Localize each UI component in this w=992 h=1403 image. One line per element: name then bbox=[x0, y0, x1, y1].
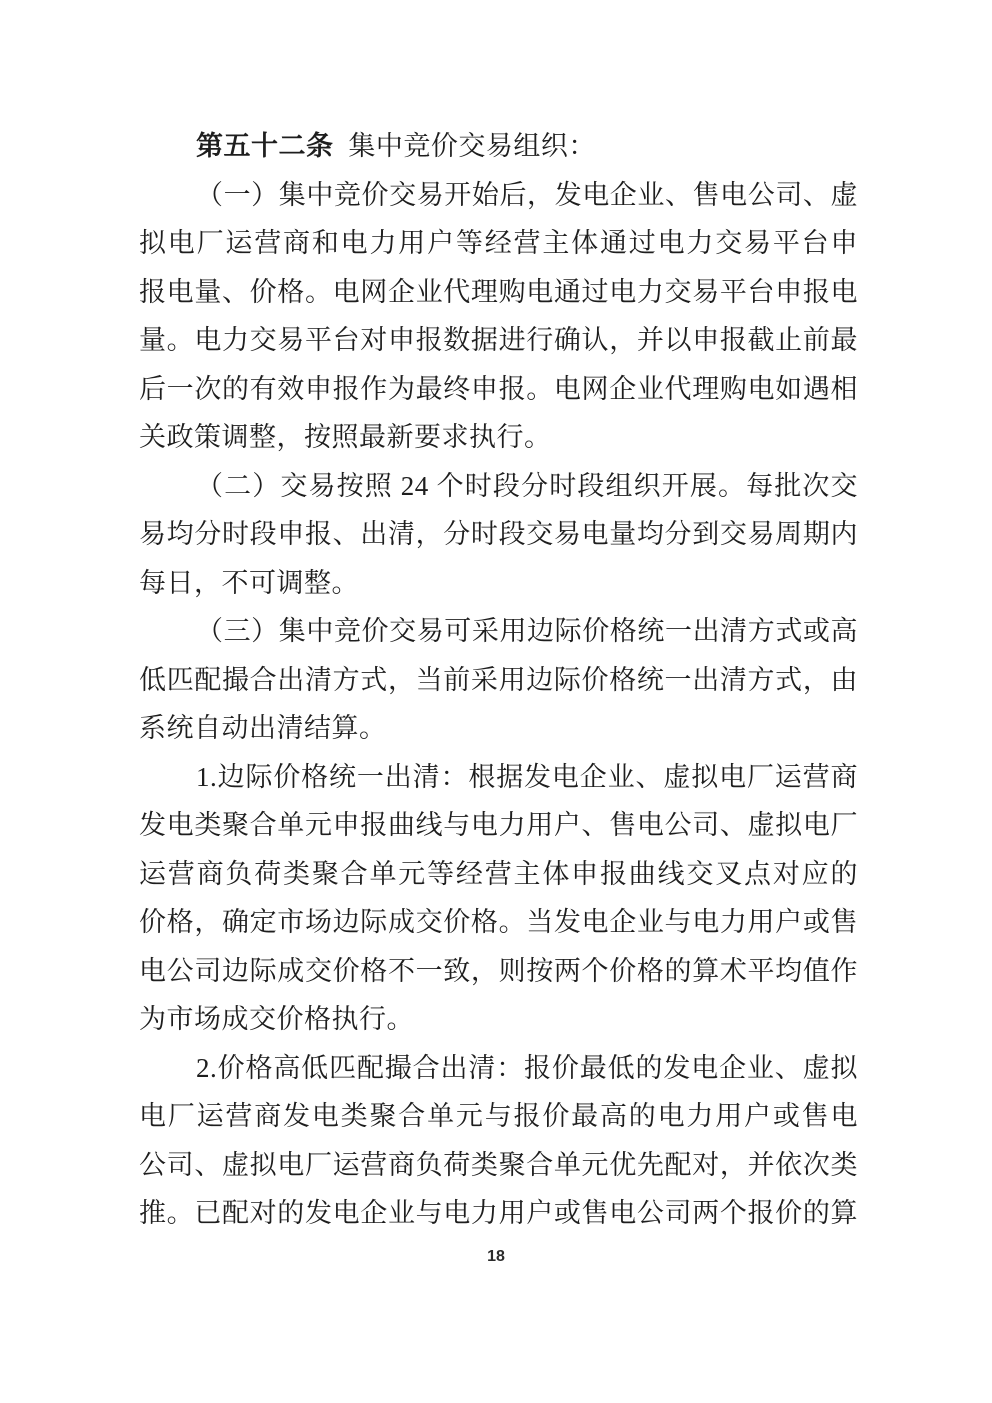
text-line: 系统自动出清结算。 bbox=[139, 704, 858, 753]
document-page: 第五十二条集中竞价交易组织：（一）集中竞价交易开始后，发电企业、售电公司、虚拟电… bbox=[0, 0, 992, 1403]
text-line: 低匹配撮合出清方式，当前采用边际价格统一出清方式，由 bbox=[139, 656, 858, 705]
text-line: 1.边际价格统一出清：根据发电企业、虚拟电厂运营商 bbox=[139, 753, 858, 802]
text-line: 电公司边际成交价格不一致，则按两个价格的算术平均值作 bbox=[139, 947, 858, 996]
text-line: （二）交易按照 24 个时段分时段组织开展。每批次交 bbox=[139, 462, 858, 511]
text-line: （三）集中竞价交易可采用边际价格统一出清方式或高 bbox=[139, 607, 858, 656]
text-line: 关政策调整，按照最新要求执行。 bbox=[139, 413, 858, 462]
text-line: 推。已配对的发电企业与电力用户或售电公司两个报价的算 bbox=[139, 1189, 858, 1238]
text-line: 后一次的有效申报作为最终申报。电网企业代理购电如遇相 bbox=[139, 365, 858, 414]
text-line: 报电量、价格。电网企业代理购电通过电力交易平台申报电 bbox=[139, 268, 858, 317]
text-line: 拟电厂运营商和电力用户等经营主体通过电力交易平台申 bbox=[139, 219, 858, 268]
text-line: 电厂运营商发电类聚合单元与报价最高的电力用户或售电 bbox=[139, 1092, 858, 1141]
article-heading: 第五十二条集中竞价交易组织： bbox=[139, 122, 858, 171]
text-line: 发电类聚合单元申报曲线与电力用户、售电公司、虚拟电厂 bbox=[139, 801, 858, 850]
article-title: 集中竞价交易组织： bbox=[348, 131, 596, 161]
text-line: 价格，确定市场边际成交价格。当发电企业与电力用户或售 bbox=[139, 898, 858, 947]
text-line: 易均分时段申报、出清，分时段交易电量均分到交易周期内 bbox=[139, 510, 858, 559]
text-line: 公司、虚拟电厂运营商负荷类聚合单元优先配对，并依次类 bbox=[139, 1141, 858, 1190]
page-number: 18 bbox=[0, 1248, 992, 1266]
article-number: 第五十二条 bbox=[196, 131, 334, 161]
text-line: 量。电力交易平台对申报数据进行确认，并以申报截止前最 bbox=[139, 316, 858, 365]
text-line: 2.价格高低匹配撮合出清：报价最低的发电企业、虚拟 bbox=[139, 1044, 858, 1093]
text-line: 为市场成交价格执行。 bbox=[139, 995, 858, 1044]
text-line: （一）集中竞价交易开始后，发电企业、售电公司、虚 bbox=[139, 171, 858, 220]
document-body: 第五十二条集中竞价交易组织：（一）集中竞价交易开始后，发电企业、售电公司、虚拟电… bbox=[139, 122, 858, 1238]
text-line: 运营商负荷类聚合单元等经营主体申报曲线交叉点对应的 bbox=[139, 850, 858, 899]
text-line: 每日，不可调整。 bbox=[139, 559, 858, 608]
